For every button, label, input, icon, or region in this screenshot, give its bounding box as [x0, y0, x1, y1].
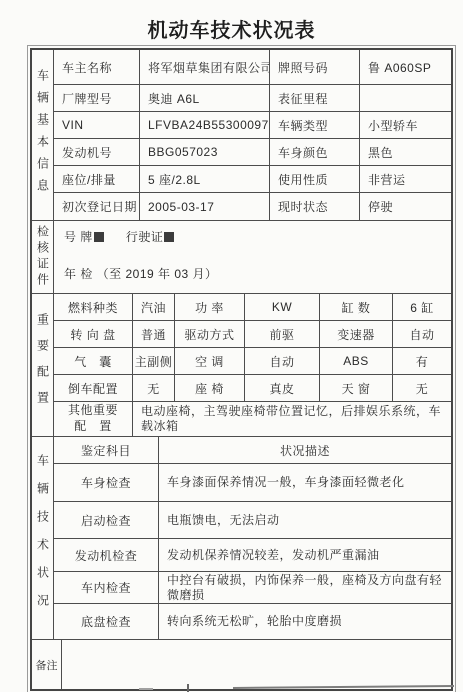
inspection-desc: 转向系统无松旷，轮胎中度磨损 — [159, 604, 451, 639]
field-label: 厂牌型号 — [54, 85, 140, 111]
section-config: 重要配置 燃料种类 汽油 功 率 KW 缸 数 6 缸 转 向 盘 普通 驱动方… — [32, 294, 451, 437]
config-value: 普通 — [133, 321, 175, 347]
other-config-label-line2: 配 置 — [74, 419, 112, 435]
table-row: 底盘检查 转向系统无松旷，轮胎中度磨损 — [54, 604, 451, 639]
field-value: BBG057023 — [140, 139, 270, 165]
inspection-subject: 启动检查 — [54, 502, 159, 538]
table-row: 燃料种类 汽油 功 率 KW 缸 数 6 缸 — [54, 294, 451, 321]
other-config-label: 其他重要 配 置 — [54, 402, 133, 436]
config-label: 功 率 — [175, 294, 245, 320]
inspection-subject: 发动机检查 — [54, 539, 159, 571]
section-label-documents: 检核证件 — [32, 221, 54, 293]
field-value: 5 座/2.8L — [140, 166, 270, 192]
field-value: 奥迪 A6L — [140, 85, 270, 111]
field-label: 车主名称 — [54, 50, 140, 84]
config-label: 气 囊 — [54, 348, 133, 374]
plate-label: 号 牌 — [64, 228, 93, 245]
scan-artifact — [187, 684, 189, 692]
license-label: 行驶证 — [126, 228, 164, 245]
field-label: 使用性质 — [270, 166, 360, 192]
table-row: 备注 — [32, 640, 451, 689]
config-value: 自动 — [393, 321, 451, 347]
section-tech-condition: 车辆技术状况 鉴定科目 状况描述 车身检查 车身漆面保养情况一般，车身漆面轻微老… — [32, 437, 451, 640]
config-label: 缸 数 — [320, 294, 393, 320]
table-header-row: 鉴定科目 状况描述 — [54, 437, 451, 464]
field-label: 牌照号码 — [270, 50, 360, 84]
section-label-text: 车辆技术状况 — [37, 454, 49, 622]
config-value: 6 缸 — [393, 294, 451, 320]
config-label: 转 向 盘 — [54, 321, 133, 347]
section-basic-info: 车辆基本信息 车主名称 将军烟草集团有限公司 牌照号码 鲁 A060SP 厂牌型… — [32, 50, 451, 221]
documents-checkbox-line: 号 牌行驶证 — [64, 228, 445, 245]
field-label: 初次登记日期 — [54, 193, 140, 220]
table-row: 发动机号 BBG057023 车身颜色 黑色 — [54, 139, 451, 166]
field-value: 2005-03-17 — [140, 193, 270, 220]
field-label: 现时状态 — [270, 193, 360, 220]
inspection-desc: 发动机保养情况较差，发动机严重漏油 — [159, 539, 451, 571]
form-table-outer-border: 车辆基本信息 车主名称 将军烟草集团有限公司 牌照号码 鲁 A060SP 厂牌型… — [27, 45, 456, 692]
config-value: 自动 — [245, 348, 320, 374]
inspection-subject: 车内检查 — [54, 572, 159, 603]
inspection-desc: 中控台有破损，内饰保养一般，座椅及方向盘有轻微磨损 — [159, 572, 451, 603]
form-table: 车辆基本信息 车主名称 将军烟草集团有限公司 牌照号码 鲁 A060SP 厂牌型… — [30, 48, 453, 691]
scanned-form-page: 机动车技术状况表 车辆基本信息 车主名称 将军烟草集团有限公司 牌照号码 鲁 A… — [0, 0, 463, 692]
column-header-desc: 状况描述 — [159, 437, 451, 463]
field-value: 停驶 — [360, 193, 451, 220]
table-row: 发动机检查 发动机保养情况较差，发动机严重漏油 — [54, 539, 451, 572]
section-label-text: 车辆基本信息 — [37, 69, 49, 201]
other-config-label-line1: 其他重要 — [68, 403, 118, 419]
field-label: 车身颜色 — [270, 139, 360, 165]
config-label: 天 窗 — [320, 375, 393, 401]
config-value: 主副侧 — [133, 348, 175, 374]
table-row: VIN LFVBA24B553000975 车辆类型 小型轿车 — [54, 112, 451, 139]
field-value: 非营运 — [360, 166, 451, 192]
config-label: 座 椅 — [175, 375, 245, 401]
table-row: 厂牌型号 奥迪 A6L 表征里程 — [54, 85, 451, 112]
table-row: 车内检查 中控台有破损，内饰保养一般，座椅及方向盘有轻微磨损 — [54, 572, 451, 604]
table-row: 转 向 盘 普通 驱动方式 前驱 变速器 自动 — [54, 321, 451, 348]
config-label: 燃料种类 — [54, 294, 133, 320]
field-label: VIN — [54, 112, 140, 138]
table-row: 倒车配置 无 座 椅 真皮 天 窗 无 — [54, 375, 451, 402]
config-value: 无 — [393, 375, 451, 401]
plate-filled-checkbox-icon — [94, 232, 104, 242]
config-value: KW — [245, 294, 320, 320]
column-header-subject: 鉴定科目 — [54, 437, 159, 463]
section-label-tech-condition: 车辆技术状况 — [32, 437, 54, 639]
license-filled-checkbox-icon — [164, 232, 174, 242]
field-label: 发动机号 — [54, 139, 140, 165]
table-row: 车身检查 车身漆面保养情况一般，车身漆面轻微老化 — [54, 464, 451, 502]
field-value: 将军烟草集团有限公司 — [140, 50, 270, 84]
config-label: 空 调 — [175, 348, 245, 374]
section-remarks: 备注 — [32, 640, 451, 689]
field-value: 黑色 — [360, 139, 451, 165]
config-value: 前驱 — [245, 321, 320, 347]
table-row: 气 囊 主副侧 空 调 自动 ABS 有 — [54, 348, 451, 375]
documents-content: 号 牌行驶证 年 检 （至 2019 年 03 月） — [54, 221, 451, 293]
config-value: 有 — [393, 348, 451, 374]
field-value: 小型轿车 — [360, 112, 451, 138]
config-label: 变速器 — [320, 321, 393, 347]
field-value: 鲁 A060SP — [360, 50, 451, 84]
table-row: 其他重要 配 置 电动座椅，主驾驶座椅带位置记忆，后排娱乐系统，车载冰箱 — [54, 402, 451, 436]
table-row: 启动检查 电瓶馈电，无法启动 — [54, 502, 451, 539]
field-label: 座位/排量 — [54, 166, 140, 192]
config-value: 无 — [133, 375, 175, 401]
section-documents: 检核证件 号 牌行驶证 年 检 （至 2019 年 03 月） — [32, 221, 451, 294]
config-label: 驱动方式 — [175, 321, 245, 347]
inspection-desc: 电瓶馈电，无法启动 — [159, 502, 451, 538]
inspection-desc: 车身漆面保养情况一般，车身漆面轻微老化 — [159, 464, 451, 501]
section-label-text: 检核证件 — [37, 225, 49, 289]
config-label: 倒车配置 — [54, 375, 133, 401]
inspection-subject: 底盘检查 — [54, 604, 159, 639]
other-config-value: 电动座椅，主驾驶座椅带位置记忆，后排娱乐系统，车载冰箱 — [133, 402, 451, 436]
section-label-text: 重要配置 — [37, 313, 49, 417]
table-row: 座位/排量 5 座/2.8L 使用性质 非营运 — [54, 166, 451, 193]
remarks-label: 备注 — [32, 640, 62, 689]
config-value: 真皮 — [245, 375, 320, 401]
field-value — [360, 85, 451, 111]
field-label: 表征里程 — [270, 85, 360, 111]
section-label-basic-info: 车辆基本信息 — [32, 50, 54, 220]
page-title: 机动车技术状况表 — [0, 14, 463, 43]
field-label: 车辆类型 — [270, 112, 360, 138]
annual-check-line: 年 检 （至 2019 年 03 月） — [64, 265, 445, 282]
field-value: LFVBA24B553000975 — [140, 112, 270, 138]
inspection-subject: 车身检查 — [54, 464, 159, 501]
table-row: 车主名称 将军烟草集团有限公司 牌照号码 鲁 A060SP — [54, 50, 451, 85]
config-value: 汽油 — [133, 294, 175, 320]
config-label: ABS — [320, 348, 393, 374]
remarks-value — [62, 640, 451, 689]
table-row: 初次登记日期 2005-03-17 现时状态 停驶 — [54, 193, 451, 220]
scan-artifact — [139, 688, 153, 690]
section-label-config: 重要配置 — [32, 294, 54, 436]
